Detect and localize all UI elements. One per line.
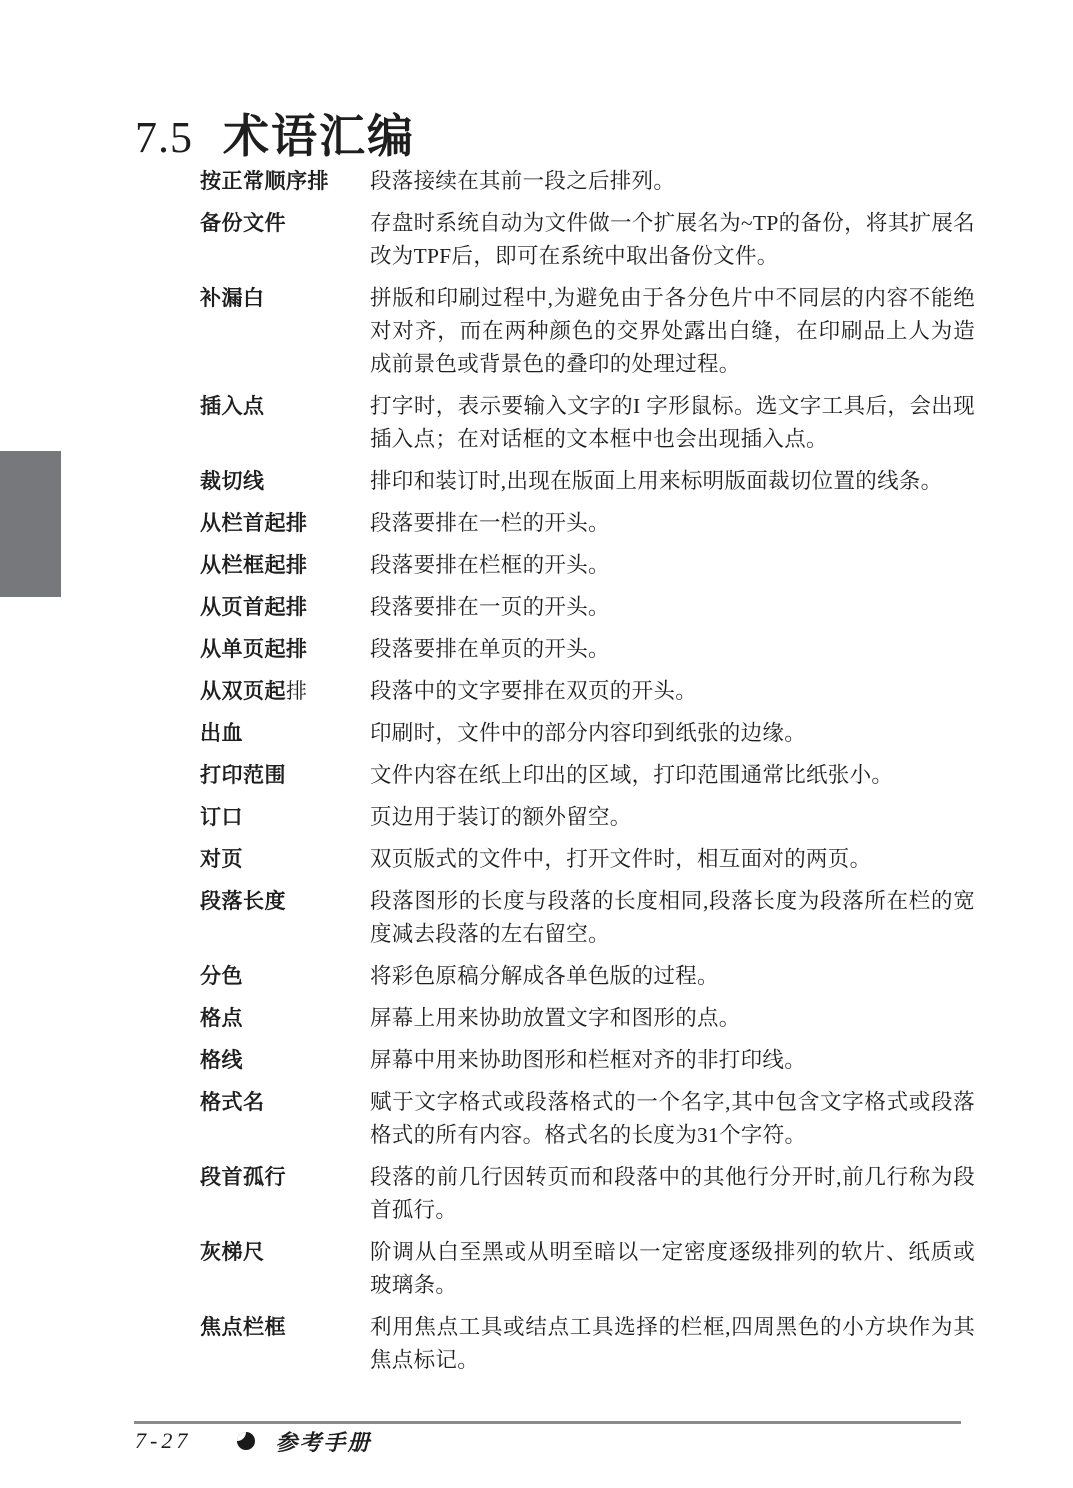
glossary-definition: 段落要排在一页的开头。 (370, 591, 975, 624)
section-title: 术语汇编 (223, 110, 415, 162)
page-number: 7-27 (135, 1428, 191, 1454)
glossary-entry: 格点 屏幕上用来协助放置文字和图形的点。 (200, 1002, 975, 1035)
glossary-term-text: 焦点栏框 (200, 1316, 286, 1339)
page-footer: 7-27 参考手册 (135, 1428, 371, 1454)
glossary-entry: 插入点 打字时，表示要输入文字的I 字形鼠标。选文字工具后，会出现插入点；在对话… (200, 390, 975, 456)
manual-page: 7.5术语汇编 按正常顺序排 段落接续在其前一段之后排列。 备份文件 存盘时系统… (0, 0, 1073, 1488)
section-heading: 7.5术语汇编 (135, 100, 415, 166)
section-number: 7.5 (135, 113, 193, 162)
glossary-term: 从单页起排 (200, 633, 370, 666)
glossary-definition: 存盘时系统自动为文件做一个扩展名为~TP的备份，将其扩展名改为TPF后，即可在系… (370, 207, 975, 273)
glossary-definition: 文件内容在纸上印出的区域，打印范围通常比纸张小。 (370, 759, 975, 792)
glossary-entry: 裁切线 排印和装订时,出现在版面上用来标明版面裁切位置的线条。 (200, 465, 975, 498)
three-quarter-circle-icon (237, 1432, 255, 1450)
glossary-term-text: 从栏框起排 (200, 554, 308, 577)
glossary-entry: 订口 页边用于装订的额外留空。 (200, 801, 975, 834)
glossary-term-text: 从栏首起排 (200, 512, 308, 535)
glossary-definition: 打字时，表示要输入文字的I 字形鼠标。选文字工具后，会出现插入点；在对话框的文本… (370, 390, 975, 456)
glossary-entry: 补漏白 拼版和印刷过程中,为避免由于各分色片中不同层的内容不能绝对对齐，而在两种… (200, 282, 975, 381)
glossary-entry: 段落长度 段落图形的长度与段落的长度相同,段落长度为段落所在栏的宽度减去段落的左… (200, 885, 975, 951)
glossary-term: 从栏首起排 (200, 507, 370, 540)
glossary-term: 补漏白 (200, 282, 370, 315)
chapter-tab-marker (0, 451, 61, 597)
glossary-term-text: 格线 (200, 1049, 243, 1072)
glossary-term-suffix: 排 (286, 680, 308, 703)
glossary-term-text: 出血 (200, 722, 243, 745)
glossary-term: 段落长度 (200, 885, 370, 918)
glossary-entry: 打印范围 文件内容在纸上印出的区域，打印范围通常比纸张小。 (200, 759, 975, 792)
glossary-term: 分色 (200, 960, 370, 993)
glossary-term: 灰梯尺 (200, 1236, 370, 1269)
glossary-term: 出血 (200, 717, 370, 750)
glossary-definition: 双页版式的文件中，打开文件时，相互面对的两页。 (370, 843, 975, 876)
glossary-entry: 灰梯尺 阶调从白至黑或从明至暗以一定密度逐级排列的软片、纸质或玻璃条。 (200, 1236, 975, 1302)
glossary-definition: 印刷时，文件中的部分内容印到纸张的边缘。 (370, 717, 975, 750)
footer-rule (134, 1421, 961, 1424)
glossary-definition: 段落要排在栏框的开头。 (370, 549, 975, 582)
glossary-entry: 从栏框起排 段落要排在栏框的开头。 (200, 549, 975, 582)
glossary-entry: 出血 印刷时，文件中的部分内容印到纸张的边缘。 (200, 717, 975, 750)
glossary-term-text: 格式名 (200, 1091, 265, 1114)
glossary-term-text: 灰梯尺 (200, 1241, 265, 1264)
glossary-term: 订口 (200, 801, 370, 834)
glossary-definition: 段落的前几行因转页而和段落中的其他行分开时,前几行称为段首孤行。 (370, 1161, 975, 1227)
glossary-term-text: 对页 (200, 848, 243, 871)
glossary-entry: 段首孤行 段落的前几行因转页而和段落中的其他行分开时,前几行称为段首孤行。 (200, 1161, 975, 1227)
glossary-definition: 阶调从白至黑或从明至暗以一定密度逐级排列的软片、纸质或玻璃条。 (370, 1236, 975, 1302)
glossary-definition: 段落要排在一栏的开头。 (370, 507, 975, 540)
glossary-entry: 格线 屏幕中用来协助图形和栏框对齐的非打印线。 (200, 1044, 975, 1077)
glossary-definition: 利用焦点工具或结点工具选择的栏框,四周黑色的小方块作为其焦点标记。 (370, 1311, 975, 1377)
glossary-entry: 焦点栏框 利用焦点工具或结点工具选择的栏框,四周黑色的小方块作为其焦点标记。 (200, 1311, 975, 1377)
glossary-definition: 屏幕中用来协助图形和栏框对齐的非打印线。 (370, 1044, 975, 1077)
glossary-term: 格线 (200, 1044, 370, 1077)
glossary-entry: 从页首起排 段落要排在一页的开头。 (200, 591, 975, 624)
glossary-term: 从页首起排 (200, 591, 370, 624)
glossary-term-text: 插入点 (200, 395, 265, 418)
glossary-term: 焦点栏框 (200, 1311, 370, 1344)
glossary-term-text: 备份文件 (200, 212, 286, 235)
manual-title: 参考手册 (275, 1426, 371, 1457)
glossary-entry: 备份文件 存盘时系统自动为文件做一个扩展名为~TP的备份，将其扩展名改为TPF后… (200, 207, 975, 273)
glossary-definition: 页边用于装订的额外留空。 (370, 801, 975, 834)
glossary-term: 段首孤行 (200, 1161, 370, 1194)
glossary-term: 从栏框起排 (200, 549, 370, 582)
glossary-term-text: 从页首起排 (200, 596, 308, 619)
glossary-term: 对页 (200, 843, 370, 876)
glossary-term-text: 打印范围 (200, 764, 286, 787)
glossary-definition: 段落接续在其前一段之后排列。 (370, 165, 975, 198)
glossary-definition: 赋于文字格式或段落格式的一个名字,其中包含文字格式或段落格式的所有内容。格式名的… (370, 1086, 975, 1152)
glossary-term-text: 段首孤行 (200, 1166, 286, 1189)
glossary-term: 插入点 (200, 390, 370, 423)
glossary-entry: 按正常顺序排 段落接续在其前一段之后排列。 (200, 165, 975, 198)
glossary-term: 打印范围 (200, 759, 370, 792)
glossary-definition: 段落图形的长度与段落的长度相同,段落长度为段落所在栏的宽度减去段落的左右留空。 (370, 885, 975, 951)
glossary-definition: 拼版和印刷过程中,为避免由于各分色片中不同层的内容不能绝对对齐，而在两种颜色的交… (370, 282, 975, 381)
glossary-definition: 屏幕上用来协助放置文字和图形的点。 (370, 1002, 975, 1035)
glossary-definition: 将彩色原稿分解成各单色版的过程。 (370, 960, 975, 993)
glossary-term-text: 段落长度 (200, 890, 286, 913)
glossary-term-text: 裁切线 (200, 470, 265, 493)
glossary-entry: 从单页起排 段落要排在单页的开头。 (200, 633, 975, 666)
glossary-entry: 对页 双页版式的文件中，打开文件时，相互面对的两页。 (200, 843, 975, 876)
glossary-list: 按正常顺序排 段落接续在其前一段之后排列。 备份文件 存盘时系统自动为文件做一个… (200, 165, 975, 1386)
glossary-term: 格点 (200, 1002, 370, 1035)
glossary-term: 按正常顺序排 (200, 165, 370, 198)
glossary-term-text: 补漏白 (200, 287, 265, 310)
glossary-term-text: 按正常顺序排 (200, 170, 329, 193)
glossary-term: 格式名 (200, 1086, 370, 1119)
glossary-term-text: 从单页起排 (200, 638, 308, 661)
glossary-term-text: 订口 (200, 806, 243, 829)
glossary-term-text: 从双页起 (200, 680, 286, 703)
glossary-term: 从双页起排 (200, 675, 370, 708)
glossary-definition: 段落中的文字要排在双页的开头。 (370, 675, 975, 708)
glossary-term: 裁切线 (200, 465, 370, 498)
glossary-entry: 格式名 赋于文字格式或段落格式的一个名字,其中包含文字格式或段落格式的所有内容。… (200, 1086, 975, 1152)
glossary-term-text: 格点 (200, 1007, 243, 1030)
glossary-entry: 从栏首起排 段落要排在一栏的开头。 (200, 507, 975, 540)
glossary-definition: 排印和装订时,出现在版面上用来标明版面裁切位置的线条。 (370, 465, 975, 498)
glossary-term-text: 分色 (200, 965, 243, 988)
glossary-entry: 分色 将彩色原稿分解成各单色版的过程。 (200, 960, 975, 993)
glossary-term: 备份文件 (200, 207, 370, 240)
glossary-entry: 从双页起排 段落中的文字要排在双页的开头。 (200, 675, 975, 708)
glossary-definition: 段落要排在单页的开头。 (370, 633, 975, 666)
